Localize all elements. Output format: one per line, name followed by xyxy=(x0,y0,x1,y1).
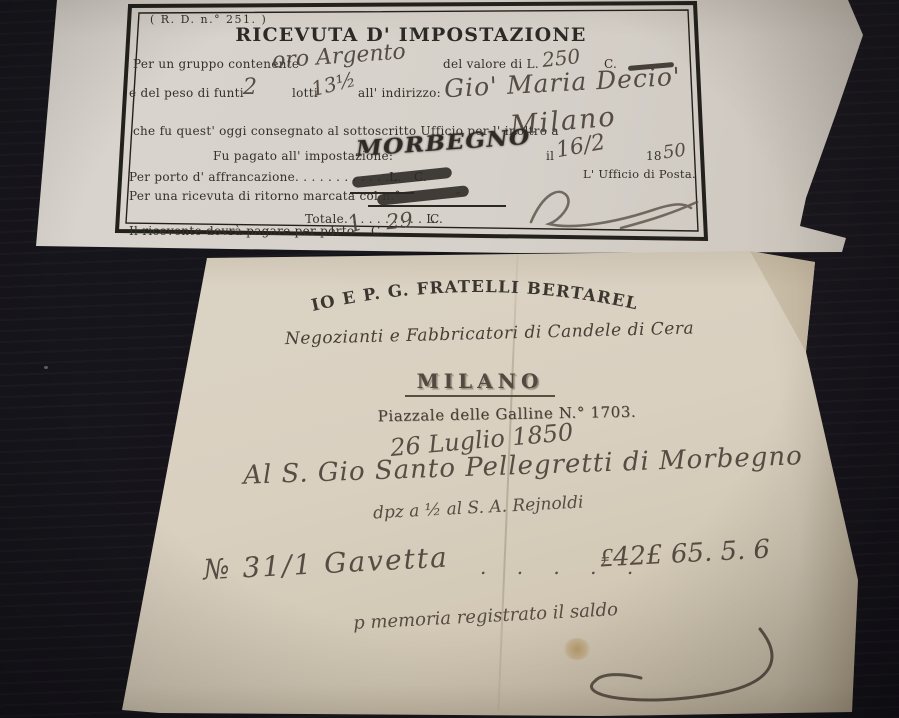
city-name: MILANO xyxy=(405,369,555,397)
postmaster-signature-flourish xyxy=(525,178,705,240)
photo-of-historical-documents: ( R. D. n.° 251. ) RICEVUTA D' IMPOSTAZI… xyxy=(0,0,899,718)
total-cent: C. xyxy=(430,212,443,226)
company-name: GIO E P. G. FRATELLI BERTARELLI xyxy=(307,270,640,315)
svg-text:GIO E P. G. FRATELLI BERTARELL: GIO E P. G. FRATELLI BERTARELLI xyxy=(307,270,640,315)
handwritten-weight: 2 xyxy=(243,75,257,100)
receipt-title: RICEVUTA D' IMPOSTAZIONE xyxy=(121,24,701,46)
line2-address-label: all' indirizzo: xyxy=(358,86,441,100)
line4-il-label: il xyxy=(546,149,554,163)
line4-year-prefix: 18 xyxy=(646,149,662,163)
company-name-arc: GIO E P. G. FRATELLI BERTARELLI xyxy=(307,270,647,322)
signature-flourish xyxy=(545,623,795,718)
background-speck xyxy=(44,366,48,369)
line8-lire: L. xyxy=(330,224,342,238)
total-separator-rule xyxy=(368,205,506,207)
handwritten-year: 50 xyxy=(662,140,688,164)
line1-value-label: del valore di L. xyxy=(443,57,539,71)
line8-cent: C. xyxy=(371,224,384,238)
postal-receipt-document: ( R. D. n.° 251. ) RICEVUTA D' IMPOSTAZI… xyxy=(0,0,899,260)
recipient-pays-label: Il ricevente dovrà pagare per porto xyxy=(129,224,354,238)
handwritten-cent-amount: 29 xyxy=(385,208,414,235)
line2-weight-label: e del peso di funti xyxy=(129,86,244,100)
ditto-mark: ” xyxy=(455,190,461,203)
letterhead-document: GIO E P. G. FRATELLI BERTARELLI Negozian… xyxy=(95,245,875,718)
fill-in-rule xyxy=(350,192,414,194)
